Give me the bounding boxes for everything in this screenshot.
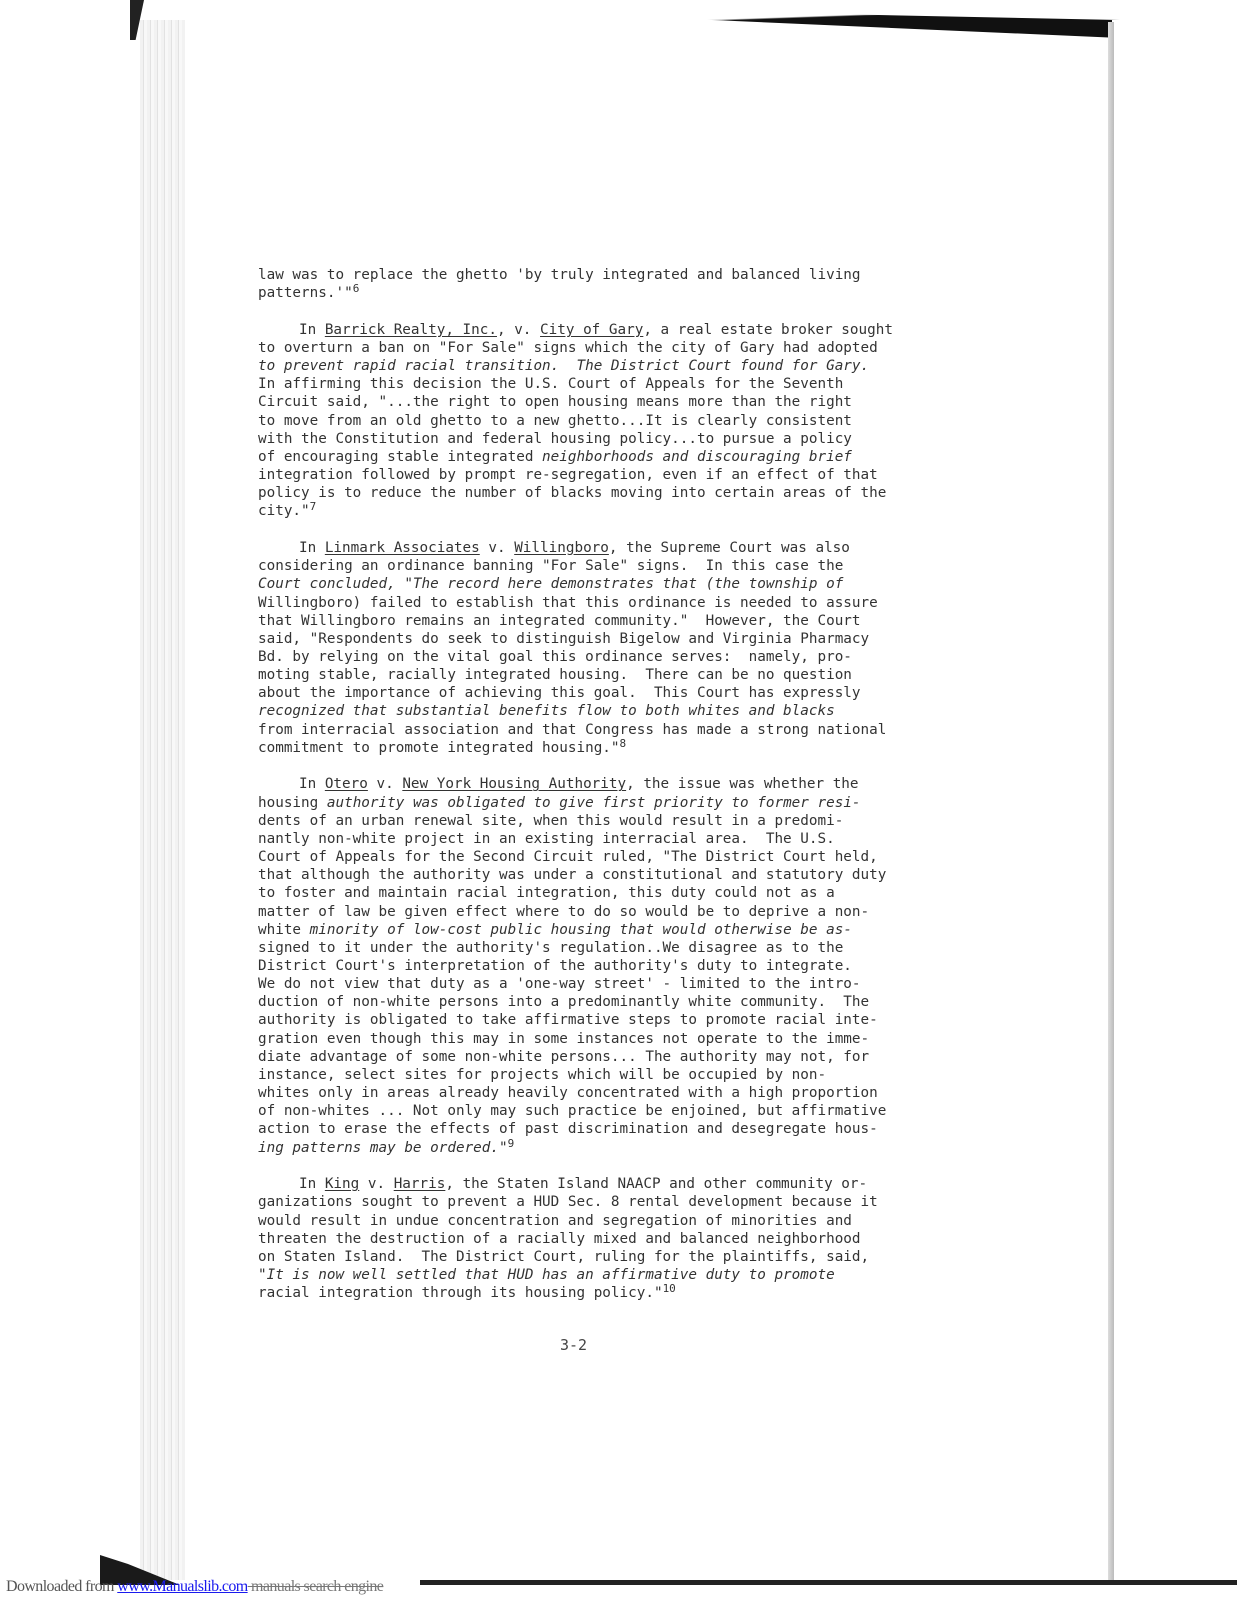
case-name: New York Housing Authority <box>402 776 626 792</box>
text-run: to prevent rapid racial transition. The … <box>258 358 869 374</box>
manualslib-link[interactable]: www.Manualslib.com <box>117 1578 247 1595</box>
text-run: " <box>499 1140 508 1156</box>
footnote-ref: 9 <box>508 1137 515 1150</box>
footnote-ref: 8 <box>620 737 627 750</box>
paragraph: law was to replace the ghetto 'by truly … <box>258 266 938 302</box>
footnote-ref: 7 <box>310 500 317 513</box>
text-run: Willingboro) failed to establish that th… <box>258 595 878 702</box>
paragraph: In Barrick Realty, Inc., v. City of Gary… <box>258 321 938 521</box>
scan-margin-right <box>1112 20 1237 1600</box>
book-page-edges <box>140 20 185 1580</box>
text-run: ing patterns may be ordered. <box>258 1140 499 1156</box>
case-name: Linmark Associates <box>325 540 480 556</box>
text-run: minority of low-cost public housing that… <box>310 922 852 938</box>
paragraph: In King v. Harris, the Staten Island NAA… <box>258 1175 938 1302</box>
page-number: 3-2 <box>560 1336 587 1354</box>
case-name: Otero <box>325 776 368 792</box>
paragraph: In Otero v. New York Housing Authority, … <box>258 775 938 1156</box>
case-name: Willingboro <box>514 540 609 556</box>
text-run: integration followed by prompt re-segreg… <box>258 467 886 519</box>
paragraph: In Linmark Associates v. Willingboro, th… <box>258 539 938 757</box>
case-name: Barrick Realty, Inc. <box>325 322 497 338</box>
text-run: In <box>299 776 325 792</box>
text-run: In <box>299 1176 325 1192</box>
footnote-ref: 10 <box>663 1282 676 1295</box>
text-run: signed to it under the authority's regul… <box>258 940 886 1138</box>
text-run: dents of an urban renewal site, when thi… <box>258 813 886 938</box>
text-run: recognized that substantial benefits flo… <box>258 703 835 719</box>
text-run: v. <box>480 540 514 556</box>
download-footer: Downloaded from www.Manualslib.com manua… <box>6 1578 383 1596</box>
text-run: racial integration through its housing p… <box>258 1285 663 1301</box>
document-body: law was to replace the ghetto 'by truly … <box>258 266 938 1321</box>
text-run: In <box>299 540 325 556</box>
case-name: Harris <box>394 1176 446 1192</box>
text-run: "It is now well settled that HUD has an … <box>258 1267 835 1283</box>
text-run: neighborhoods and discouraging brief <box>542 449 852 465</box>
text-run: v. <box>368 776 402 792</box>
case-name: City of Gary <box>540 322 643 338</box>
case-name: King <box>325 1176 359 1192</box>
text-run: v. <box>359 1176 393 1192</box>
text-run: from interracial association and that Co… <box>258 722 886 756</box>
scan-shadow-right <box>1108 22 1114 1582</box>
text-run: , v. <box>497 322 540 338</box>
footer-prefix: Downloaded from <box>6 1578 117 1595</box>
footnote-ref: 6 <box>353 282 360 295</box>
footer-suffix: manuals search engine <box>248 1578 384 1595</box>
text-run: In <box>299 322 325 338</box>
text-run: authority was obligated to give first pr… <box>327 795 861 811</box>
scan-shadow-top <box>540 8 1120 38</box>
scan-shadow-bottom <box>420 1580 1237 1585</box>
text-run: Court concluded, "The record here demons… <box>258 576 843 592</box>
text-run: law was to replace the ghetto 'by truly … <box>258 267 861 301</box>
